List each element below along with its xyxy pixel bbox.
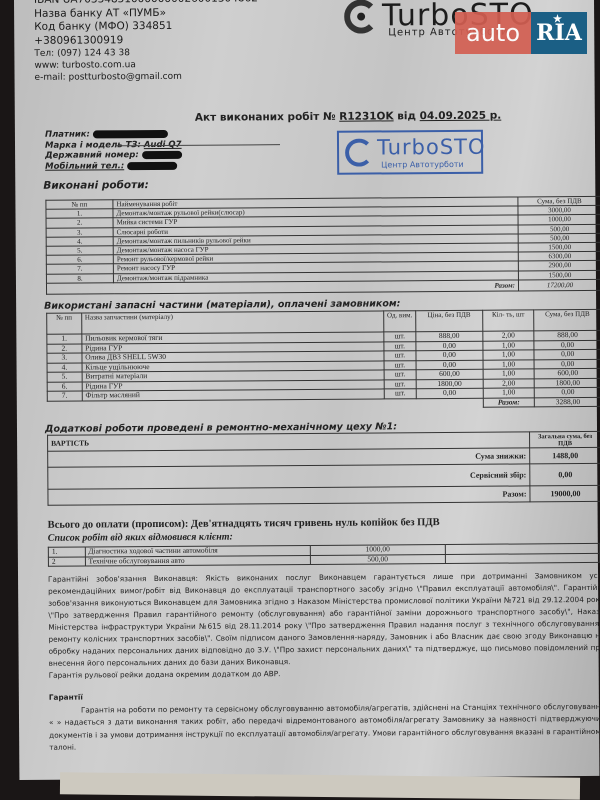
table-cell: Разом: <box>483 397 535 407</box>
watermark-ria: ★ RIA <box>531 12 587 54</box>
table-cell: 1. <box>46 209 113 219</box>
table-cell: шт. <box>384 351 416 361</box>
refused-works-table: 1.Діагностика ходової частини автомобіля… <box>48 543 600 567</box>
mobile-label: Мобільний тел.: <box>45 161 124 172</box>
table-cell: 0,00 <box>534 349 600 359</box>
parts-table: № пп Назва запчастини (матеріалу) Од. ви… <box>46 309 600 411</box>
warranty-conditions: Гарантія на роботи по ремонту та сервісн… <box>49 700 600 754</box>
table-cell <box>445 553 599 564</box>
table-cell: 500,00 <box>310 554 445 564</box>
paper-fold <box>60 772 580 799</box>
header-cell: Кіл- ть, шт <box>482 310 534 331</box>
turbo-logo-icon <box>344 0 378 34</box>
table-cell: 600,00 <box>416 369 483 379</box>
table-cell: 0,00 <box>416 350 483 360</box>
header-cell: Ціна, без ПДВ <box>416 310 483 331</box>
table-cell: 888,00 <box>416 331 483 341</box>
header-cell: № пп <box>46 200 113 210</box>
table-cell: 3. <box>47 353 82 363</box>
header-cell: Назва запчастини (матеріалу) <box>81 311 383 334</box>
grand-total-row: Разом: 19000,00 <box>48 485 600 505</box>
autoria-watermark: auto ★ RIA <box>455 12 587 54</box>
table-cell: 7. <box>47 391 82 401</box>
title-prefix: Акт виконаних робіт № <box>195 111 339 124</box>
date-prefix: від <box>394 110 420 122</box>
document-title: Акт виконаних робіт № R1231OK від 04.09.… <box>195 110 501 124</box>
company-details: IBAN UA703348510000000026001304862 Назва… <box>34 0 259 84</box>
extra-cost-table: ВАРТІСТЬ Загальна сума, без ПДВ Сума зни… <box>47 431 600 506</box>
refused-section-title: Список робіт від яких відмовився клієнт: <box>48 531 233 543</box>
payer-label: Платник: <box>45 130 90 140</box>
table-cell: 2 <box>48 557 85 567</box>
act-number: R1231OK <box>339 110 393 122</box>
stamp-subtitle: Центр Автотурботи <box>381 160 464 170</box>
table-cell: 4. <box>46 237 113 247</box>
grand-total-label: Разом: <box>48 486 530 505</box>
grand-total-value: 19000,00 <box>530 485 600 501</box>
redacted-payer <box>93 130 168 139</box>
redacted-plate <box>142 151 182 159</box>
stamp-name: TurboSTO <box>377 136 486 159</box>
table-cell: 1,00 <box>483 388 535 398</box>
redacted-mobile <box>127 162 177 170</box>
works-table: № пп Найменування робіт Сума, без ПДВ 1.… <box>45 196 600 295</box>
header-cell: Сума, без ПДВ <box>534 309 600 330</box>
table-cell: 0,00 <box>416 388 483 398</box>
table-cell: 1,00 <box>483 350 535 360</box>
client-info: Платник: Марка і модель ТЗ: Audi Q7 Держ… <box>45 129 182 172</box>
discount-value: 1488,00 <box>530 447 600 463</box>
warranty-section: Гарантії Гарантія на роботи по ремонту т… <box>49 688 600 754</box>
warranty-terms: Гарантійні зобов'язання Виконавця: Якіст… <box>48 570 600 682</box>
table-cell: 3288,00 <box>535 397 600 407</box>
table-cell: 0,00 <box>535 387 600 397</box>
table-cell: 17200,00 <box>518 279 600 291</box>
table-cell: 888,00 <box>534 330 600 340</box>
table-cell: 8. <box>46 273 113 283</box>
table-cell: шт. <box>384 370 416 380</box>
table-cell: 3. <box>46 227 113 237</box>
table-cell: Технічне обслуговування авто <box>85 555 310 566</box>
table-cell: шт. <box>384 332 416 342</box>
table-cell: 2. <box>46 218 113 228</box>
header-cell: № пп <box>47 313 82 334</box>
table-cell: 1. <box>48 547 85 557</box>
steering-warranty-note: Гарантія рульової рейки додана окремим д… <box>49 666 600 682</box>
table-cell: 2,00 <box>482 331 534 341</box>
service-fee-value: 0,00 <box>530 463 600 485</box>
signature-line <box>115 144 280 146</box>
table-cell: 5. <box>47 372 82 382</box>
total-header: Загальна сума, без ПДВ <box>530 431 600 447</box>
act-date: 04.09.2025 р. <box>420 110 502 123</box>
table-cell: шт. <box>384 389 416 399</box>
header-cell: Од. вим. <box>383 311 415 332</box>
table-cell: 6. <box>46 255 113 265</box>
table-cell: 7. <box>46 264 113 274</box>
total-in-words: Всього до оплати (прописом): Дев'ятнадця… <box>48 517 440 531</box>
company-stamp: TurboSTO Центр Автотурботи <box>337 130 483 175</box>
table-cell: 1,00 <box>483 369 535 379</box>
email: e-mail: postturbosto@gmail.com <box>35 70 259 84</box>
works-section-title: Виконані роботи: <box>43 179 149 192</box>
stamp-logo-icon <box>345 138 373 166</box>
watermark-auto: auto <box>455 12 531 54</box>
document-page: IBAN UA703348510000000026001304862 Назва… <box>14 0 599 780</box>
table-cell: 600,00 <box>534 368 600 378</box>
table-cell: 1. <box>47 334 82 344</box>
table-cell: 5. <box>46 246 113 256</box>
plate-label: Державний номер: <box>45 150 139 161</box>
warranty-paragraph: Гарантійні зобов'язання Виконавця: Якіст… <box>48 570 600 670</box>
star-icon: ★ <box>553 14 562 25</box>
